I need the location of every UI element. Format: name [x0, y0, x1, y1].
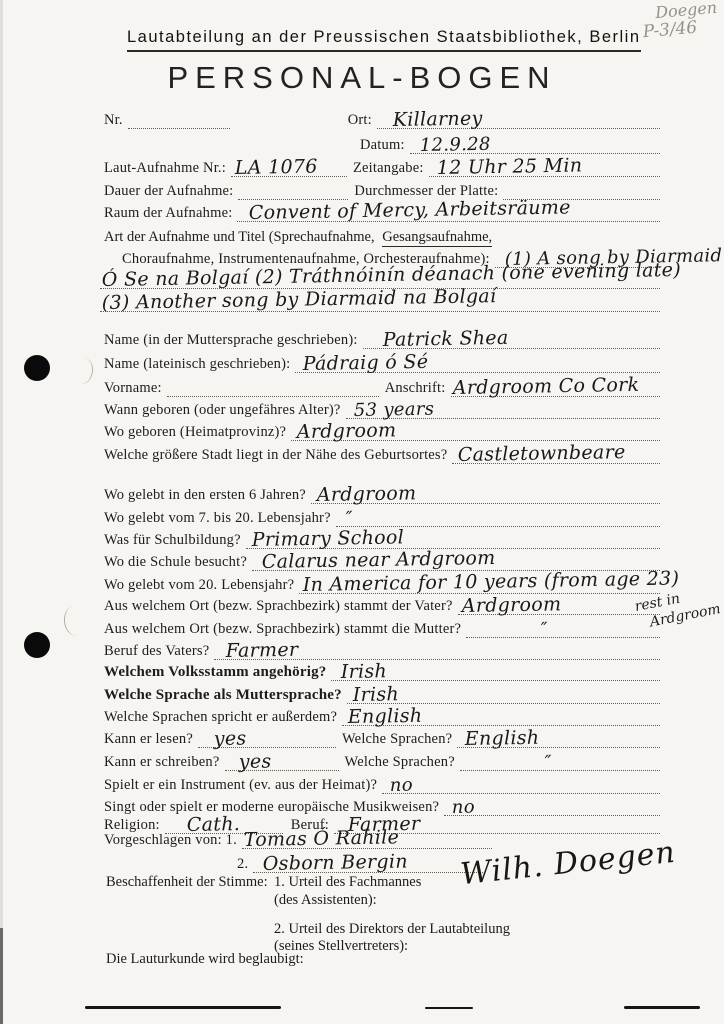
instrument-value: no [390, 776, 413, 794]
stimme-label: Beschaffenheit der Stimme: [106, 874, 268, 891]
schulbildung-field: Primary School [246, 535, 660, 549]
vorgeschlagen-label: Vorgeschlagen von: 1. [104, 832, 242, 849]
beruf-vater-field: Farmer [214, 646, 660, 660]
row-gelebt-7-20: Wo gelebt vom 7. bis 20. Lebensjahr? ″ [104, 510, 660, 527]
dauer-label: Dauer der Aufnahme: [104, 183, 238, 200]
row-wann-geboren: Wann geboren (oder ungefähres Alter)? 53… [104, 402, 660, 419]
beruf-vater-label: Beruf des Vaters? [104, 643, 214, 660]
musikweisen-field: no [444, 802, 660, 816]
row-name-muttersprache: Name (in der Muttersprache geschrieben):… [104, 332, 660, 349]
ort-label: Ort: [348, 112, 377, 129]
muttersprache-label: Welche Sprache als Muttersprache? [104, 687, 347, 704]
laut-nr-label: Laut-Aufnahme Nr.: [104, 160, 231, 177]
datum-value: 12.9.28 [419, 135, 490, 154]
zeitangabe-field: 12 Uhr 25 Min [429, 163, 660, 177]
row-groessere-stadt: Welche größere Stadt liegt in der Nähe d… [104, 447, 660, 464]
wann-geboren-field: 53 years [346, 405, 660, 419]
gelebt7-ditto: ″ [345, 510, 352, 528]
wann-geboren-value: 53 years [353, 400, 434, 419]
lesen-label: Kann er lesen? [104, 731, 198, 748]
row-ort-mutter: Aus welchem Ort (bezw. Sprachbezirk) sta… [104, 621, 660, 638]
hole-punch-bottom [24, 632, 50, 658]
name-mutter-field: Patrick Shea [363, 335, 660, 349]
pencil-arc-mark-top [74, 357, 94, 385]
stadt-field: Castletownbeare [452, 450, 660, 464]
row-wo-geboren: Wo geboren (Heimatprovinz)? Ardgroom [104, 424, 660, 441]
mutter-ort-label: Aus welchem Ort (bezw. Sprachbezirk) sta… [104, 621, 466, 638]
schule-value: Calarus near Ardgroom [262, 549, 496, 572]
organization-header: Lautabteilung an der Preussischen Staats… [127, 28, 641, 52]
name-mutter-value: Patrick Shea [382, 328, 508, 349]
wann-geboren-label: Wann geboren (oder ungefähres Alter)? [104, 402, 346, 419]
schreiben-sprachen-label: Welche Sprachen? [339, 754, 460, 771]
scan-edge-left [0, 0, 3, 1024]
nr-field [128, 115, 230, 129]
gelebt6-value: Ardgroom [317, 484, 417, 505]
name-latein-field: Pádraig ó Sé [295, 359, 660, 373]
zeitangabe-label: Zeitangabe: [347, 160, 429, 177]
art-title-field-3: (3) Another song by Diarmaid na Bolgaí [100, 298, 660, 312]
instrument-label: Spielt er ein Instrument (ev. aus der He… [104, 777, 382, 794]
raum-label: Raum der Aufnahme: [104, 205, 237, 222]
vater-ort-field: Ardgroom [458, 601, 660, 615]
wo-geboren-field: Ardgroom [291, 427, 660, 441]
muttersprache-value: Irish [352, 685, 398, 705]
row-schreiben: Kann er schreiben? yes Welche Sprachen? … [104, 754, 660, 771]
art-label-line1: Art der Aufnahme und Titel (Sprechaufnah… [104, 229, 492, 246]
row-art-value3: (3) Another song by Diarmaid na Bolgaí [100, 298, 660, 312]
personal-bogen-scan: Lautabteilung an der Preussischen Staats… [0, 0, 724, 1024]
ausserdem-value: English [348, 706, 423, 726]
pencil-arc-mark-bottom [62, 605, 84, 637]
schreiben-label: Kann er schreiben? [104, 754, 225, 771]
page-title: PERSONAL-BOGEN [0, 60, 724, 96]
schulbildung-value: Primary School [251, 528, 404, 550]
schreiben-value: yes [238, 752, 271, 772]
gelebt20-field: In America for 10 years (from age 23) [299, 580, 660, 594]
lesen-sprachen-label: Welche Sprachen? [336, 731, 457, 748]
gelebt20-label: Wo gelebt vom 20. Lebensjahr? [104, 577, 299, 594]
row-beruf-vater: Beruf des Vaters? Farmer [104, 643, 660, 660]
laut-nr-value: LA 1076 [235, 157, 318, 177]
lesen-sprachen-field: English [457, 734, 660, 748]
scan-edge-left-dark [0, 928, 3, 1024]
volksstamm-value: Irish [341, 662, 387, 682]
ausserdem-label: Welche Sprachen spricht er außerdem? [104, 709, 342, 726]
datum-field: 12.9.28 [410, 140, 660, 154]
row-schule-besucht: Wo die Schule besucht? Calarus near Ardg… [104, 554, 660, 571]
anschrift-label: Anschrift: [379, 380, 451, 397]
row-gelebt-6: Wo gelebt in den ersten 6 Jahren? Ardgro… [104, 487, 660, 504]
urteil-1-line1: 1. Urteil des Fachmannes [274, 874, 421, 891]
beglaubigt-label: Die Lauturkunde wird beglaubigt: [106, 951, 304, 968]
row-ort-vater: Aus welchem Ort (bezw. Sprachbezirk) sta… [104, 598, 660, 615]
hole-punch-top [24, 355, 50, 381]
scan-artifact-line-2 [425, 1007, 473, 1009]
art-label-pre: Art der Aufnahme und Titel (Sprechaufnah… [104, 229, 375, 245]
volksstamm-label: Welchem Volksstamm angehörig? [104, 664, 331, 681]
row-datum: Datum: 12.9.28 [104, 137, 660, 154]
instrument-field: no [382, 780, 660, 794]
row-schulbildung: Was für Schulbildung? Primary School [104, 532, 660, 549]
schulbildung-label: Was für Schulbildung? [104, 532, 246, 549]
row-lesen: Kann er lesen? yes Welche Sprachen? Engl… [104, 731, 660, 748]
lesen-field: yes [198, 734, 336, 748]
ort-field: Killarney [377, 115, 660, 129]
raum-value: Convent of Mercy, Arbeitsräume [249, 198, 571, 223]
dauer-field [238, 186, 348, 200]
vorgeschlagen-field-1: Tomas Ó Rahile [242, 835, 492, 849]
urteil-2-line1: 2. Urteil des Direktors der Lautabteilun… [274, 921, 510, 938]
gelebt20-value: In America for 10 years (from age 23) [303, 569, 680, 595]
pencil-note-number: P-3/46 [642, 16, 719, 41]
vorgeschlagen-value-2: Osborn Bergin [263, 852, 408, 874]
laut-nr-field: LA 1076 [231, 163, 347, 177]
vorname-field [167, 383, 379, 397]
musikweisen-value: no [452, 798, 475, 816]
name-mutter-label: Name (in der Muttersprache geschrieben): [104, 332, 363, 349]
zeitangabe-value: 12 Uhr 25 Min [436, 156, 582, 178]
anschrift-field: Ardgroom Co Cork [451, 383, 660, 397]
schreiben-sprachen-field: ″ [460, 757, 660, 771]
urteil-1-line2: (des Assistenten): [274, 892, 377, 909]
mutter-ort-field: ″ [466, 624, 660, 638]
schule-label: Wo die Schule besucht? [104, 554, 252, 571]
art-title-value-3: (3) Another song by Diarmaid na Bolgaí [102, 287, 497, 313]
vorgeschlagen-field-2: Osborn Bergin [253, 859, 483, 873]
row-vorname-anschrift: Vorname: Anschrift: Ardgroom Co Cork [104, 380, 660, 397]
row-gelebt-20: Wo gelebt vom 20. Lebensjahr? In America… [104, 577, 660, 594]
scan-artifact-line-1 [85, 1006, 281, 1009]
row-sprachen-ausserdem: Welche Sprachen spricht er außerdem? Eng… [104, 709, 660, 726]
volksstamm-field: Irish [331, 667, 660, 681]
name-latein-label: Name (lateinisch geschrieben): [104, 356, 295, 373]
row-name-lateinisch: Name (lateinisch geschrieben): Pádraig ó… [104, 356, 660, 373]
gelebt6-field: Ardgroom [311, 490, 660, 504]
lesen-value: yes [214, 729, 247, 749]
vater-ort-label: Aus welchem Ort (bezw. Sprachbezirk) sta… [104, 598, 458, 615]
lesen-sprachen-value: English [465, 728, 540, 748]
row-dauer-durchmesser: Dauer der Aufnahme: Durchmesser der Plat… [104, 183, 660, 200]
stadt-label: Welche größere Stadt liegt in der Nähe d… [104, 447, 452, 464]
nr-label: Nr. [104, 112, 128, 129]
gelebt7-field: ″ [336, 513, 660, 527]
ort-value: Killarney [393, 109, 483, 130]
row-muttersprache: Welche Sprache als Muttersprache? Irish [104, 687, 660, 704]
vorgeschlagen-num-2: 2. [237, 856, 253, 873]
vorgeschlagen-value-1: Tomas Ó Rahile [244, 828, 400, 850]
row-laut-zeit: Laut-Aufnahme Nr.: LA 1076 Zeitangabe: 1… [104, 160, 660, 177]
wo-geboren-value: Ardgroom [297, 421, 397, 442]
schreiben-sprachen-ditto: ″ [545, 754, 552, 772]
row-volksstamm: Welchem Volksstamm angehörig? Irish [104, 664, 660, 681]
name-latein-value: Pádraig ó Sé [303, 352, 429, 373]
row-instrument: Spielt er ein Instrument (ev. aus der He… [104, 777, 660, 794]
datum-label: Datum: [360, 137, 410, 154]
ausserdem-field: English [342, 712, 660, 726]
row-raum: Raum der Aufnahme: Convent of Mercy, Arb… [104, 205, 660, 222]
gelebt6-label: Wo gelebt in den ersten 6 Jahren? [104, 487, 311, 504]
gelebt7-label: Wo gelebt vom 7. bis 20. Lebensjahr? [104, 510, 336, 527]
muttersprache-field: Irish [347, 690, 660, 704]
beruf-vater-value: Farmer [226, 640, 299, 660]
row-nr-ort: Nr. Ort: Killarney [104, 112, 660, 129]
raum-field: Convent of Mercy, Arbeitsräume [237, 208, 660, 222]
pencil-archive-note: Doegen P-3/46 [641, 0, 720, 42]
scan-artifact-line-3 [624, 1006, 700, 1009]
mutter-ort-ditto: ″ [541, 621, 548, 639]
stadt-value: Castletownbeare [458, 443, 626, 465]
vater-ort-value: Ardgroom [461, 595, 561, 616]
schreiben-field: yes [225, 757, 339, 771]
wo-geboren-label: Wo geboren (Heimatprovinz)? [104, 424, 291, 441]
art-label-underlined: Gesangsaufnahme, [382, 229, 492, 247]
anschrift-value: Ardgroom Co Cork [452, 375, 639, 397]
vorname-label: Vorname: [104, 380, 167, 397]
